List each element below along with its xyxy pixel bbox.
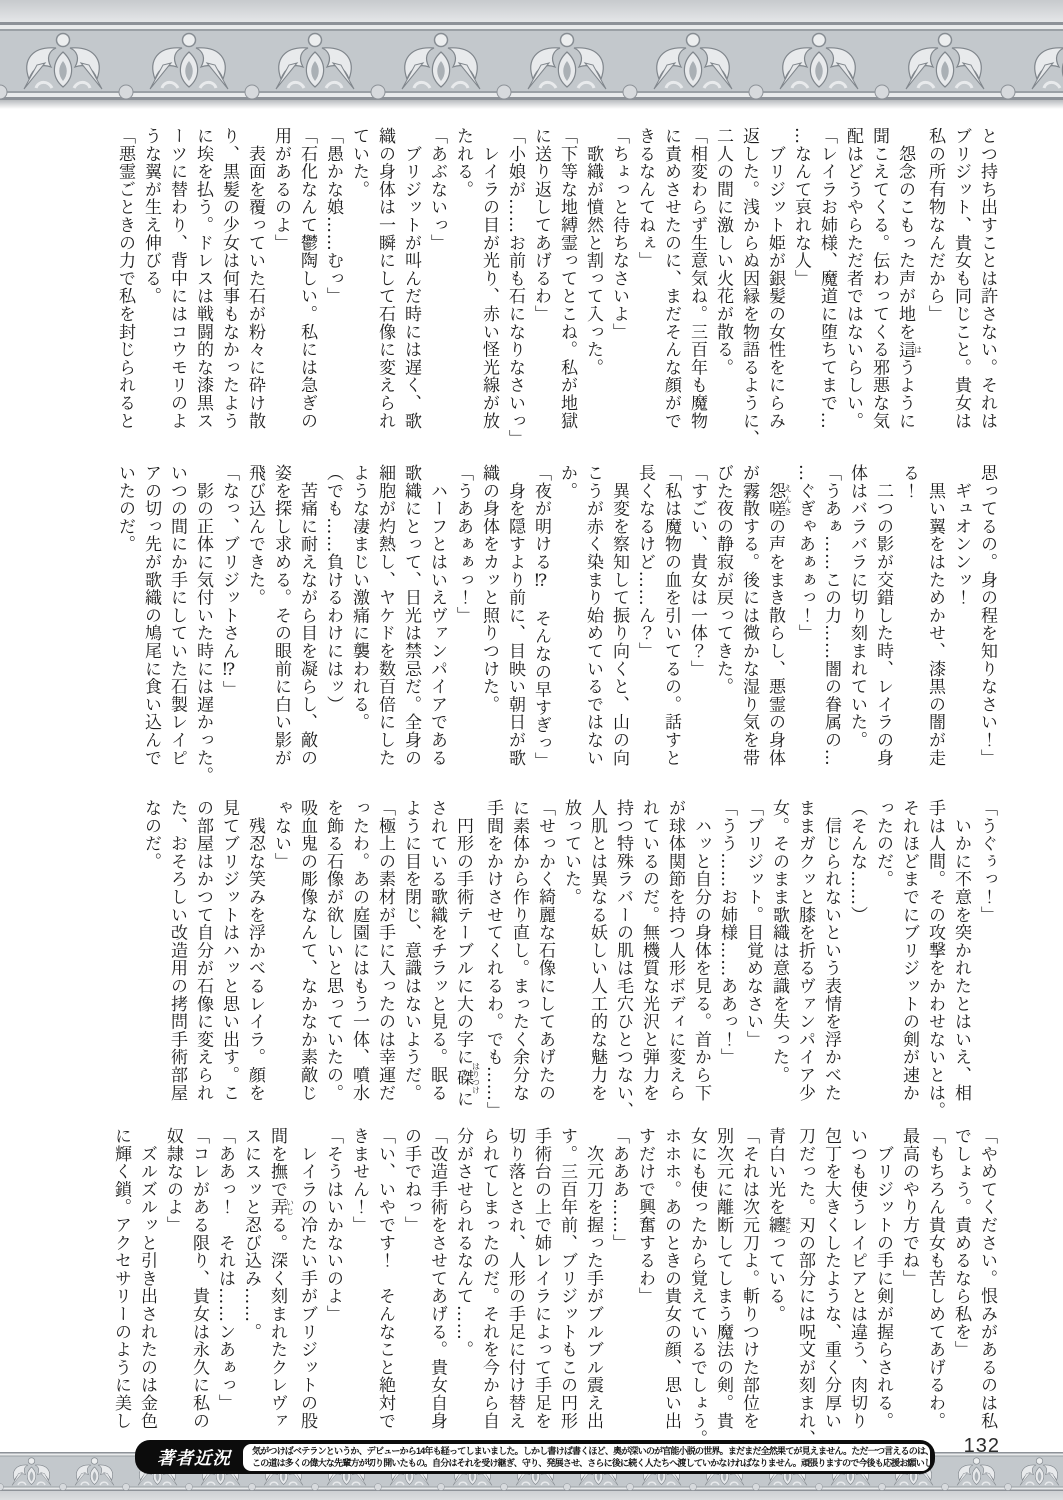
text-column: 織の身体をカッと照りつけた。 [476, 464, 502, 770]
paper-edge [0, 0, 1063, 22]
text-column: 「い、いやです！ そんなこと絶対で [372, 1127, 398, 1433]
text-column: 体はバラバラに切り刻まれていた。 [844, 464, 870, 770]
text-column: の手でねっ」 [398, 1127, 424, 1433]
author-note-text-box: 気がつけばベテランというか、デビューから14年も経ってしまいました。しかし書けば… [243, 1444, 930, 1471]
author-note-box: 著者近況 気がつけばベテランというか、デビューから14年も経ってしまいました。し… [135, 1440, 935, 1474]
text-column: 「改造手術をさせてあげる。貴女自身 [424, 1127, 450, 1433]
text-column: 間を撫で弄いじる。深く刻まれたクレヴァ [264, 1127, 294, 1433]
text-column: ように目を閉じ、意識はないようだ。 [398, 799, 424, 1105]
text-column: こうが赤く染まり始めているではない [580, 464, 606, 770]
text-column: 私の所有物なんだから」 [922, 127, 948, 433]
text-column: る！ [896, 464, 922, 770]
text-column: きるなんてねぇ」 [632, 127, 658, 433]
text-column: ていた。 [346, 127, 372, 433]
text-column: なのだ。 [138, 799, 164, 1105]
text-column: レイラの目が光り、赤い怪光線が放 [476, 127, 502, 433]
text-column: れているのだ。無機質な光沢と弾力を [636, 799, 662, 1105]
text-column: （でも……負けるわけにはッ） [320, 464, 346, 770]
text-column: ギュオンンッ！ [948, 464, 974, 770]
text-column: 「下等な地縛霊ってとこね。私が地獄 [554, 127, 580, 433]
text-column: 「うう……お姉様……ああっ！」 [714, 799, 740, 1105]
text-column: 「やめてください。恨みがあるのは私 [974, 1127, 1000, 1433]
text-band-1: とつ持ち出すことは許さない。それはブリジット、貴女も同じこと。貴女は私の所有物な… [112, 127, 1000, 433]
text-column: すだけで興奮するわ」 [632, 1127, 658, 1433]
text-column: 姿を探し求める。その眼前に白い影が [268, 464, 294, 770]
text-column: でしょう。責めるなら私を」 [948, 1127, 974, 1433]
text-column: 「ああっ！ それは……ンあぁっ」 [212, 1127, 238, 1433]
text-column: 「ちょっと待ちなさいよ」 [606, 127, 632, 433]
text-column: 見てブリジットはハッと思い出す。こ [216, 799, 242, 1105]
text-column: 刀だった。刃の部分には呪文が刻まれ、 [792, 1127, 818, 1433]
text-column: 二つの影が交錯した時、レイラの身 [870, 464, 896, 770]
text-column: 奴隷なのよ」 [160, 1127, 186, 1433]
text-column: ったわ。あの庭園にはもう一体、噴水 [346, 799, 372, 1105]
text-column: が球体関節を持つ人形ボディに変えら [662, 799, 688, 1105]
text-column: に輝く鎖。アクセサリーのように美し [108, 1127, 134, 1433]
text-column: 「うあぁ……この力……闇の眷属の… [818, 464, 844, 770]
text-column: ったのだ。 [870, 799, 896, 1105]
text-band-4: 「やめてください。恨みがあるのは私でしょう。責めるなら私を」「もちろん貴女も苦し… [108, 1127, 1000, 1433]
text-column: 手間をかけさせてくれるわ。でも……」 [480, 799, 506, 1105]
text-column: 「あああ……」 [606, 1127, 632, 1433]
text-column: ホホホ。あのときの貴女の顔、思い出 [658, 1127, 684, 1433]
text-column: （そんな……） [844, 799, 870, 1105]
text-column: それほどまでにブリジットの剣が速か [896, 799, 922, 1105]
text-column: ブリジット姫が銀髪の女性をにらみ [762, 127, 788, 433]
author-note-label: 著者近況 [135, 1445, 243, 1470]
text-column: きません！」 [346, 1127, 372, 1433]
text-column: 円形の手術テーブルに大の字に磔はりつけに [450, 799, 480, 1105]
text-column: 「私は魔物の血を引いてるの。話すと [658, 464, 684, 770]
text-column: 切り落とされ、人形の手足に付け替え [502, 1127, 528, 1433]
text-column: 長くなるけど……ん？」 [632, 464, 658, 770]
text-column: 女にも使ったから覚えているでしょう。 [684, 1127, 710, 1433]
frame-shadow [0, 100, 1063, 109]
text-column: に埃を払う。ドレスは戦闘的な漆黒ス [190, 127, 216, 433]
text-column: ような凄まじい激痛に襲われる。 [346, 464, 372, 770]
author-note-line: この道は多くの偉大な先輩方が切り開いたもの。自分はそれを受け継ぎ、守り、発展させ… [252, 1457, 921, 1469]
text-column: ハッと自分の身体を見る。首から下 [688, 799, 714, 1105]
text-column: スにスッと忍び込み……。 [238, 1127, 264, 1433]
text-column: いつの間にか手にしていた石製レイピ [164, 464, 190, 770]
text-column: 歌織にとって、日光は禁忌だ。全身の [398, 464, 424, 770]
text-column: 「うああぁぁっ！」 [450, 464, 476, 770]
text-column: 青白い光を纏まとっている。 [762, 1127, 792, 1433]
page-number: 132 [964, 1435, 1000, 1458]
text-column: 手術台の上で姉レイラによって手足を [528, 1127, 554, 1433]
text-column: ブリジットの手に剣が握らされる。 [870, 1127, 896, 1433]
text-column: ズルズルッと引き出されたのは金色 [134, 1127, 160, 1433]
text-column: を飾る石像が欲しいと思っていたの。 [320, 799, 346, 1105]
text-column: 「コレがある限り、貴女は永久に私の [186, 1127, 212, 1433]
ornament-frieze [0, 22, 1063, 100]
text-column: たれる。 [450, 127, 476, 433]
top-ornament-border [0, 0, 1063, 112]
text-column: 「愚かな娘……むっ」 [320, 127, 346, 433]
text-column: 織の身体は一瞬にして石像に変えられ [372, 127, 398, 433]
text-column: ーツに替わり、背中にはコウモリのよ [164, 127, 190, 433]
text-column: …ぐぎゃあぁぁっ！」 [792, 464, 818, 770]
text-column: に責めさせたのに、まだそんな顔がで [658, 127, 684, 433]
text-column: 身を隠すより前に、目映い朝日が歌 [502, 464, 528, 770]
text-column: 配はどうやらただ者ではないらしい。 [840, 127, 866, 433]
text-column: 放っていた。 [558, 799, 584, 1105]
text-column: ブリジットが叫んだ時には遅く、歌 [398, 127, 424, 433]
text-column: た、おそろしい改造用の拷問手術部屋 [164, 799, 190, 1105]
text-column: 「レイラお姉様、魔道に堕ちてまで… [814, 127, 840, 433]
text-column: 「夜が明ける⁉ そんなの早すぎっ」 [528, 464, 554, 770]
text-column: いたのだ。 [112, 464, 138, 770]
text-column: 影の正体に気付いた時には遅かった。 [190, 464, 216, 770]
author-note-line: 気がつけばベテランというか、デビューから14年も経ってしまいました。しかし書けば… [252, 1445, 921, 1457]
text-column: の部屋はかつて自分が石像に変えられ [190, 799, 216, 1105]
text-column: 人肌とは異なる妖しい人工的な魅力を [584, 799, 610, 1105]
text-column: 「相変わらず生意気ね。三百年も魔物 [684, 127, 710, 433]
text-column: うな翼が生え伸びる。 [138, 127, 164, 433]
text-column: 「もちろん貴女も苦しめてあげるわ。 [922, 1127, 948, 1433]
text-column: 「すごい、貴女は一体？」 [684, 464, 710, 770]
text-column: とつ持ち出すことは許さない。それは [974, 127, 1000, 433]
text-column: 異変を察知して振り向くと、山の向 [606, 464, 632, 770]
text-column: 思ってるの。身の程を知りなさい！」 [974, 464, 1000, 770]
text-column: されている歌織をチラッと見る。眠る [424, 799, 450, 1105]
text-column: 歌織が憤然と割って入った。 [580, 127, 606, 433]
text-column: いつも使うレイピアとは違う、肉切り [844, 1127, 870, 1433]
text-column: びた夜の静寂が戻ってきた。 [710, 464, 736, 770]
text-column: 次元刀を握った手がブルブル震え出 [580, 1127, 606, 1433]
text-column: 細胞が灼熱し、ヤケドを数百倍にした [372, 464, 398, 770]
text-column: …なんて哀れな人」 [788, 127, 814, 433]
text-column: 黒い翼をはためかせ、漆黒の闇が走 [922, 464, 948, 770]
text-column: 二人の間に激しい火花が散る。 [710, 127, 736, 433]
text-column: 怨嗟えんさの声をまき散らし、悪霊の身体 [762, 464, 792, 770]
text-column: 用があるのよ」 [268, 127, 294, 433]
text-band-2: 思ってるの。身の程を知りなさい！」 ギュオンンッ！ 黒い翼をはためかせ、漆黒の闇… [112, 464, 1000, 770]
text-column: 別次元に離断してしまう魔法の剣。貴 [710, 1127, 736, 1433]
text-column: 信じられないという表情を浮かべた [818, 799, 844, 1105]
text-column: が霧散する。後には微かな湿り気を帯 [736, 464, 762, 770]
text-column: か。 [554, 464, 580, 770]
novel-page: とつ持ち出すことは許さない。それはブリジット、貴女も同じこと。貴女は私の所有物な… [0, 0, 1063, 1500]
text-column: に素体から作り直し。まったく余分な [506, 799, 532, 1105]
text-column: り、黒髪の少女は何事もなかったよう [216, 127, 242, 433]
text-column: 女。そのまま歌織は意識を失った。 [766, 799, 792, 1105]
text-column: 「あぶないっ」 [424, 127, 450, 433]
text-column: いかに不意を突かれたとはいえ、相 [948, 799, 974, 1105]
text-column: られてしまったのだ。それを今から自 [476, 1127, 502, 1433]
text-column: アの切っ先が歌織の鳩尾に食い込んで [138, 464, 164, 770]
text-column: 「小娘が……お前も石になりなさいっ」 [502, 127, 528, 433]
text-column: 返した。浅からぬ因縁を物語るように、 [736, 127, 762, 433]
text-column: 「そうはいかないのよ」 [320, 1127, 346, 1433]
text-column: 「石化なんて鬱陶しい。私には急ぎの [294, 127, 320, 433]
text-column: 「せっかく綺麗な石像にしてあげたの [532, 799, 558, 1105]
text-column: 表面を覆っていた石が粉々に砕け散 [242, 127, 268, 433]
text-column: ゃない」 [268, 799, 294, 1105]
text-band-3: 「うぐぅっ！」 いかに不意を突かれたとはいえ、相手は人間。その攻撃をかわせないと… [138, 799, 1000, 1105]
text-column: 「なっ、ブリジットさん⁉」 [216, 464, 242, 770]
text-column: ハーフとはいえヴァンパイアである [424, 464, 450, 770]
text-column: ままガクッと膝を折るヴァンパイア少 [792, 799, 818, 1105]
text-column: に送り返してあげるわ」 [528, 127, 554, 433]
text-column: 吸血鬼の彫像なんて、なかなか素敵じ [294, 799, 320, 1105]
text-column: 苦痛に耐えながら目を凝らし、敵の [294, 464, 320, 770]
text-column: す。三百年前、ブリジットもこの円形 [554, 1127, 580, 1433]
paper-edge-bottom [0, 1491, 1063, 1500]
text-column: 残忍な笑みを浮かべるレイラ。顔を [242, 799, 268, 1105]
text-column: 「悪霊ごときの力で私を封じられると [112, 127, 138, 433]
text-column: 「うぐぅっ！」 [974, 799, 1000, 1105]
text-column: 包丁を大きくしたような、重く分厚い [818, 1127, 844, 1433]
text-column: 聞こえてくる。伝わってくる邪悪な気 [866, 127, 892, 433]
text-column: 「ブリジット。目覚めなさい」 [740, 799, 766, 1105]
text-column: 飛び込んできた。 [242, 464, 268, 770]
text-column: 怨念のこもった声が地を這はうように [892, 127, 922, 433]
text-column: 「それは次元刀よ。斬りつけた部位を [736, 1127, 762, 1433]
text-column: ブリジット、貴女も同じこと。貴女は [948, 127, 974, 433]
text-column: 「極上の素材が手に入ったのは幸運だ [372, 799, 398, 1105]
text-column: 手は人間。その攻撃をかわせないとは。 [922, 799, 948, 1105]
text-column: レイラの冷たい手がブリジットの股 [294, 1127, 320, 1433]
text-column: 最高のやり方でね」 [896, 1127, 922, 1433]
text-column: 持つ特殊ラバーの肌は毛穴ひとつない、 [610, 799, 636, 1105]
text-column: 分がさせられるなんて……。 [450, 1127, 476, 1433]
